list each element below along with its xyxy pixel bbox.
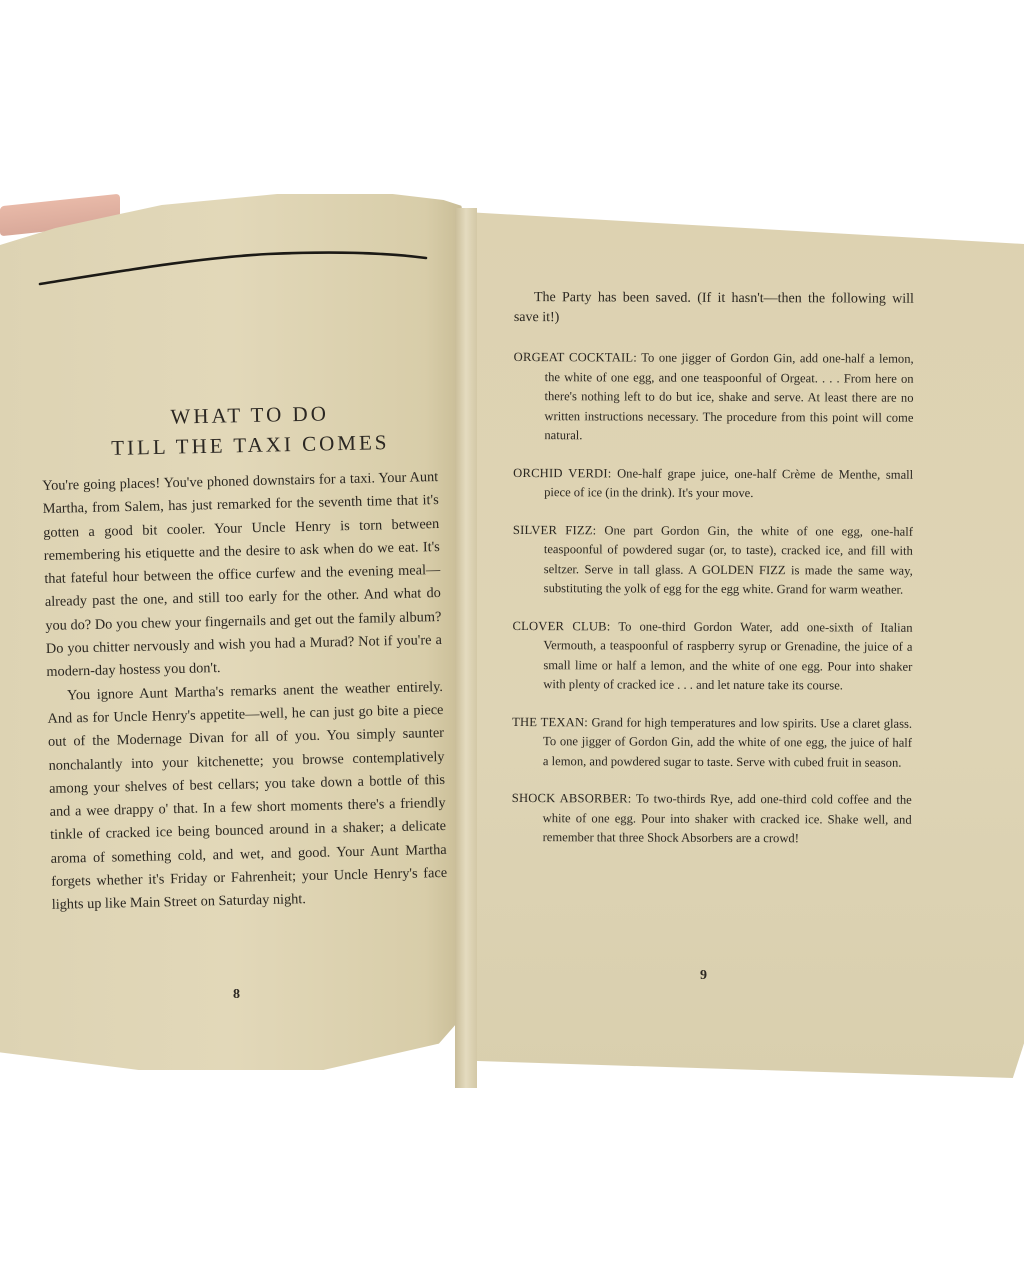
page-number-right: 9: [700, 968, 707, 984]
recipe-entry: ORGEAT COCKTAIL: To one jigger of Gordon…: [513, 348, 913, 447]
decorative-rule: [38, 240, 428, 290]
recipe-name: CLOVER CLUB:: [512, 618, 610, 632]
recipe-name: SHOCK ABSORBER:: [512, 791, 632, 806]
recipe-entry: THE TEXAN: Grand for high temperatures a…: [512, 712, 912, 772]
recipe-entry: SHOCK ABSORBER: To two-thirds Rye, add o…: [512, 789, 912, 849]
intro-paragraph: The Party has been saved. (If it hasn't—…: [514, 288, 914, 330]
recipe-name: SILVER FIZZ:: [513, 522, 596, 536]
recipe-text: One part Gordon Gin, the white of one eg…: [544, 523, 913, 597]
right-page-body: The Party has been saved. (If it hasn't—…: [511, 288, 914, 867]
recipe-text: Grand for high temperatures and low spir…: [543, 715, 912, 769]
recipe-name: ORCHID VERDI:: [513, 465, 611, 479]
page-number-left: 8: [233, 987, 240, 1003]
paragraph: You're going places! You've phoned downs…: [42, 466, 443, 685]
recipe-name: ORGEAT COCKTAIL:: [514, 350, 637, 365]
chapter-title: WHAT TO DO TILL THE TAXI COMES: [59, 396, 440, 464]
book-gutter: [455, 208, 477, 1088]
recipe-name: THE TEXAN:: [512, 714, 588, 728]
open-book: WHAT TO DO TILL THE TAXI COMES You're go…: [0, 0, 1024, 1280]
recipe-entry: CLOVER CLUB: To one-third Gordon Water, …: [512, 616, 912, 696]
left-page-body: You're going places! You've phoned downs…: [42, 466, 448, 918]
paragraph: You ignore Aunt Martha's remarks anent t…: [47, 676, 448, 918]
recipe-entry: SILVER FIZZ: One part Gordon Gin, the wh…: [513, 520, 913, 600]
recipe-entry: ORCHID VERDI: One-half grape juice, one-…: [513, 463, 913, 504]
